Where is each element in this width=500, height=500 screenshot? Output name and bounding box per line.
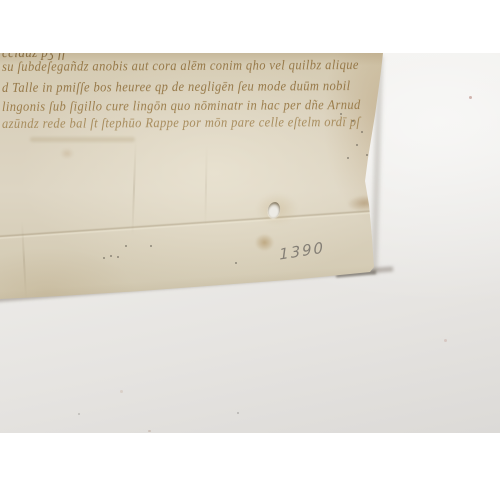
manuscript-text-line: d Talle in pmiſſe bos heuree qp de negli… (2, 79, 351, 97)
surface-speck (120, 390, 123, 393)
vertical-crease (204, 145, 207, 227)
fly-speck (150, 245, 152, 247)
surface-speck (469, 96, 472, 99)
fly-speck (352, 120, 354, 122)
vellum-parchment: cclaūz pʒ ſſ su ſubdeſegañdz anobis aut … (0, 53, 390, 303)
horizontal-crease (0, 209, 392, 239)
surface-speck (444, 339, 447, 342)
manuscript-text-line: azūndz rede bal ſt ſtephūo Rappe por mōn… (2, 115, 360, 133)
fly-speck (366, 154, 368, 156)
fly-speck (361, 131, 363, 133)
fly-speck (356, 144, 358, 146)
fly-speck (340, 113, 342, 115)
vertical-crease (131, 141, 136, 237)
surface-speck (148, 430, 151, 432)
vertical-crease (21, 221, 27, 299)
catalogue-page: cclaūz pʒ ſſ su ſubdeſegañdz anobis aut … (0, 0, 500, 500)
surface-speck (237, 412, 239, 414)
faint-stain (60, 148, 74, 159)
faded-ink-smudge (30, 137, 135, 142)
brown-stain (255, 234, 274, 251)
fly-speck (347, 157, 349, 159)
fly-speck (103, 257, 105, 259)
fly-speck (125, 245, 127, 247)
fly-speck (110, 255, 112, 257)
manuscript-text-line: lingonis ſub ſigillo cure lingōn quo nōm… (2, 98, 361, 116)
fly-speck (235, 262, 237, 264)
surface-speck (78, 413, 80, 415)
fly-speck (117, 256, 119, 258)
manuscript-text-line: su ſubdeſegañdz anobis aut cora alēm con… (2, 58, 359, 76)
date-inscription: 1390 (279, 238, 326, 263)
photo: cclaūz pʒ ſſ su ſubdeſegañdz anobis aut … (0, 53, 500, 433)
